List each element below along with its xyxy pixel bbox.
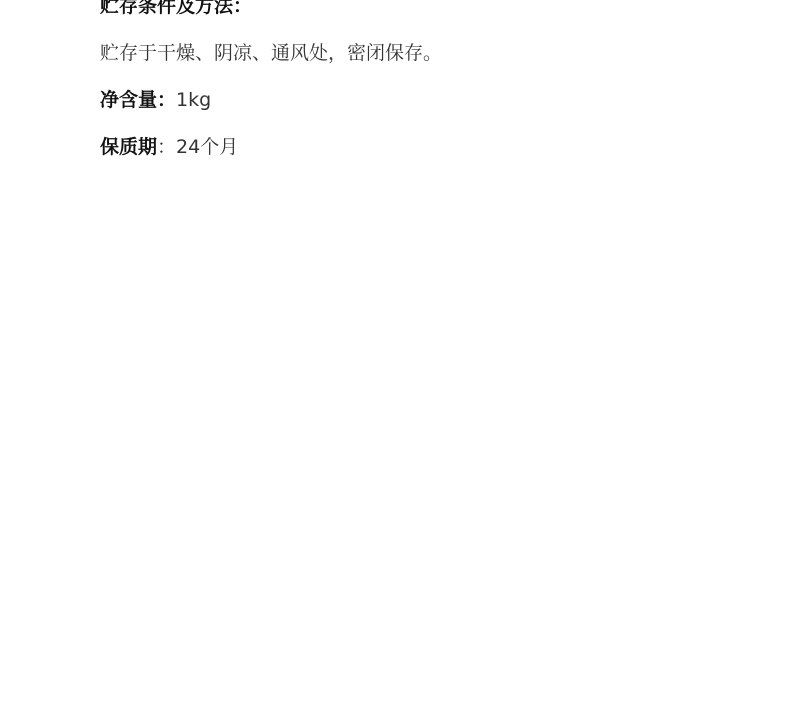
shelf-life-row: 保质期：24个月 [100, 135, 238, 159]
shelf-life-label: 保质期 [100, 136, 157, 158]
storage-text: 贮存于干燥、阴凉、通风处，密闭保存。 [100, 41, 442, 65]
net-content-label: 净含量： [100, 89, 176, 111]
shelf-life-value: 24个月 [176, 136, 238, 158]
net-content-row: 净含量：1kg [100, 88, 211, 112]
storage-heading: 贮存条件及方法： [100, 0, 252, 18]
shelf-life-colon: ： [157, 136, 176, 158]
net-content-value: 1kg [176, 89, 211, 111]
